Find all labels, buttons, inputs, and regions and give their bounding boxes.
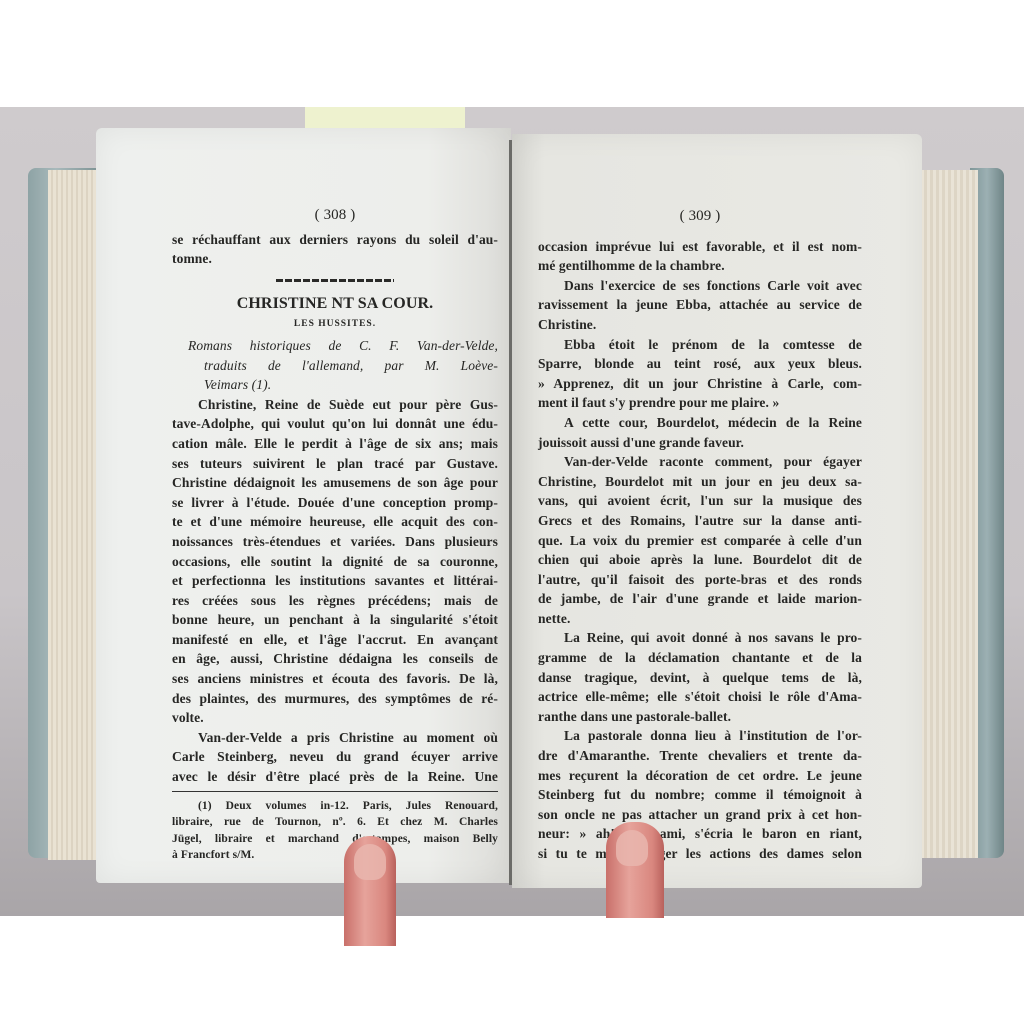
- biblio-line: Veimars (1).: [188, 375, 498, 395]
- text-line: nette.: [538, 609, 862, 629]
- biblio-line: Romans historiques de C. F. Van-der-Veld…: [188, 336, 498, 356]
- text-line: volte.: [172, 708, 498, 728]
- text-line: » Apprenez, dit un jour Christine à Carl…: [538, 374, 862, 394]
- text-line: Christine dédaignoit les amusemens de so…: [172, 473, 498, 493]
- right-page-text: ( 309 ) occasion imprévue lui est favora…: [538, 207, 862, 864]
- text-line: dre d'Amaranthe. Trente chevaliers et tr…: [538, 746, 862, 766]
- text-line: ses tuteurs suivirent le plan tracé par …: [172, 454, 498, 474]
- text-line: son oncle ne pas attacher un grand prix …: [538, 805, 862, 825]
- text-line: manifesté en elle, et l'âge l'accrut. En…: [172, 630, 498, 650]
- fingernail: [354, 844, 386, 880]
- text-line: bonne heure, un penchant à la singularit…: [172, 610, 498, 630]
- text-line: mes reçurent la décoration de cet ordre.…: [538, 766, 862, 786]
- text-line: avec le désir d'être placé près de la Re…: [172, 767, 498, 787]
- text-line: Steinberg fut du nombre; comme il témoig…: [538, 785, 862, 805]
- text-line: l'autre, qu'il faisoit des porte-bras et…: [538, 570, 862, 590]
- text-line: te et d'une mémoire heureuse, elle acqui…: [172, 512, 498, 532]
- book-gutter: [509, 140, 512, 885]
- footnote-line: (1) Deux volumes in-12. Paris, Jules Ren…: [172, 798, 498, 815]
- page-number: ( 308 ): [172, 206, 498, 226]
- text-line: mé gentilhomme de la chambre.: [538, 256, 862, 276]
- article-body: Christine, Reine de Suède eut pour père …: [172, 395, 498, 787]
- text-line: chien qui aboie après la lune. Bourdelot…: [538, 550, 862, 570]
- text-line: Carle Steinberg, neveu du grand écuyer a…: [172, 747, 498, 767]
- biblio-line: traduits de l'allemand, par M. Loève-: [188, 356, 498, 376]
- text-line: cation mâle. Elle le perdit à l'âge de s…: [172, 434, 498, 454]
- article-body: occasion imprévue lui est favorable, et …: [538, 237, 862, 864]
- text-line: gramme de la déclamation chantante et de…: [538, 648, 862, 668]
- text-line: vans, qui avoient écrit, l'un sur la mus…: [538, 491, 862, 511]
- text-line: Christine.: [538, 315, 862, 335]
- text-line: Dans l'exercice de ses fonctions Carle v…: [538, 276, 862, 296]
- text-line: ses anciens ministres et écouta des favo…: [172, 669, 498, 689]
- text-line: que. La voix du premier est comparée à c…: [538, 531, 862, 551]
- text-line: des plaintes, des murmures, des symptôme…: [172, 689, 498, 709]
- text-line: ravissement la jeune Ebba, attachée au s…: [538, 295, 862, 315]
- section-divider: [276, 279, 394, 282]
- footnote: (1) Deux volumes in-12. Paris, Jules Ren…: [172, 798, 498, 864]
- text-line: neur: » ah! mon ami, s'écria le baron en…: [538, 824, 862, 844]
- text-line: La Reine, qui avoit donné à nos savans l…: [538, 628, 862, 648]
- text-line: Van-der-Velde raconte comment, pour égay…: [538, 452, 862, 472]
- text-line: Grecs et des Romains, l'autre sur la dan…: [538, 511, 862, 531]
- text-line: actrice elle-même; elle s'étoit choisi l…: [538, 687, 862, 707]
- text-line: se réchauffant aux derniers rayons du so…: [172, 230, 498, 250]
- fingernail: [616, 830, 648, 866]
- footnote-rule: [172, 791, 498, 792]
- text-line: si tu te mets à juger les actions des da…: [538, 844, 862, 864]
- text-line: Sparre, blonde au teint rosé, aux yeux b…: [538, 354, 862, 374]
- text-line: en âge, aussi, Christine dédaigna les co…: [172, 649, 498, 669]
- bibliographic-reference: Romans historiques de C. F. Van-der-Veld…: [172, 336, 498, 395]
- text-line: Van-der-Velde a pris Christine au moment…: [172, 728, 498, 748]
- footnote-line: Jügel, libraire et marchand d'estampes, …: [172, 831, 498, 848]
- text-line: occasion imprévue lui est favorable, et …: [538, 237, 862, 257]
- text-line: de jambe, de l'air d'une grande et laide…: [538, 589, 862, 609]
- text-line: Christine, Reine de Suède eut pour père …: [172, 395, 498, 415]
- text-line: res créées sous les règnes précédens; ma…: [172, 591, 498, 611]
- text-line: noissances très-étendues et variées. Dan…: [172, 532, 498, 552]
- thumb-left: [344, 836, 396, 946]
- article-subtitle: LES HUSSITES.: [172, 315, 498, 335]
- footnote-line: libraire, rue de Tournon, nº. 6. Et chez…: [172, 814, 498, 831]
- text-line: Ebba étoit le prénom de la comtesse de: [538, 335, 862, 355]
- text-line: ment il faut s'y prendre pour me plaire.…: [538, 393, 862, 413]
- article-title: CHRISTINE NT SA COUR.: [172, 294, 498, 314]
- thumb-right: [606, 822, 664, 918]
- text-line: tave-Adolphe, qui voulut qu'on lui donnâ…: [172, 414, 498, 434]
- text-line: jouissoit aussi d'une grande faveur.: [538, 433, 862, 453]
- text-line: se livrer à l'étude. Douée d'une concept…: [172, 493, 498, 513]
- footnote-line: à Francfort s/M.: [172, 847, 498, 864]
- text-line: occasions, elle soutint la dignité de sa…: [172, 552, 498, 572]
- text-line: Christine, Bourdelot mit un jour en jeu …: [538, 472, 862, 492]
- left-page-text: ( 308 ) se réchauffant aux derniers rayo…: [172, 206, 498, 864]
- text-line: danse tragique, devint, à quelque tems d…: [538, 668, 862, 688]
- text-line: et perfectionna les institutions savante…: [172, 571, 498, 591]
- text-line: tomne.: [172, 249, 498, 269]
- text-line: La pastorale donna lieu à l'institution …: [538, 726, 862, 746]
- page-number: ( 309 ): [538, 207, 862, 227]
- text-line: ranthe dans une pastorale-ballet.: [538, 707, 862, 727]
- text-line: A cette cour, Bourdelot, médecin de la R…: [538, 413, 862, 433]
